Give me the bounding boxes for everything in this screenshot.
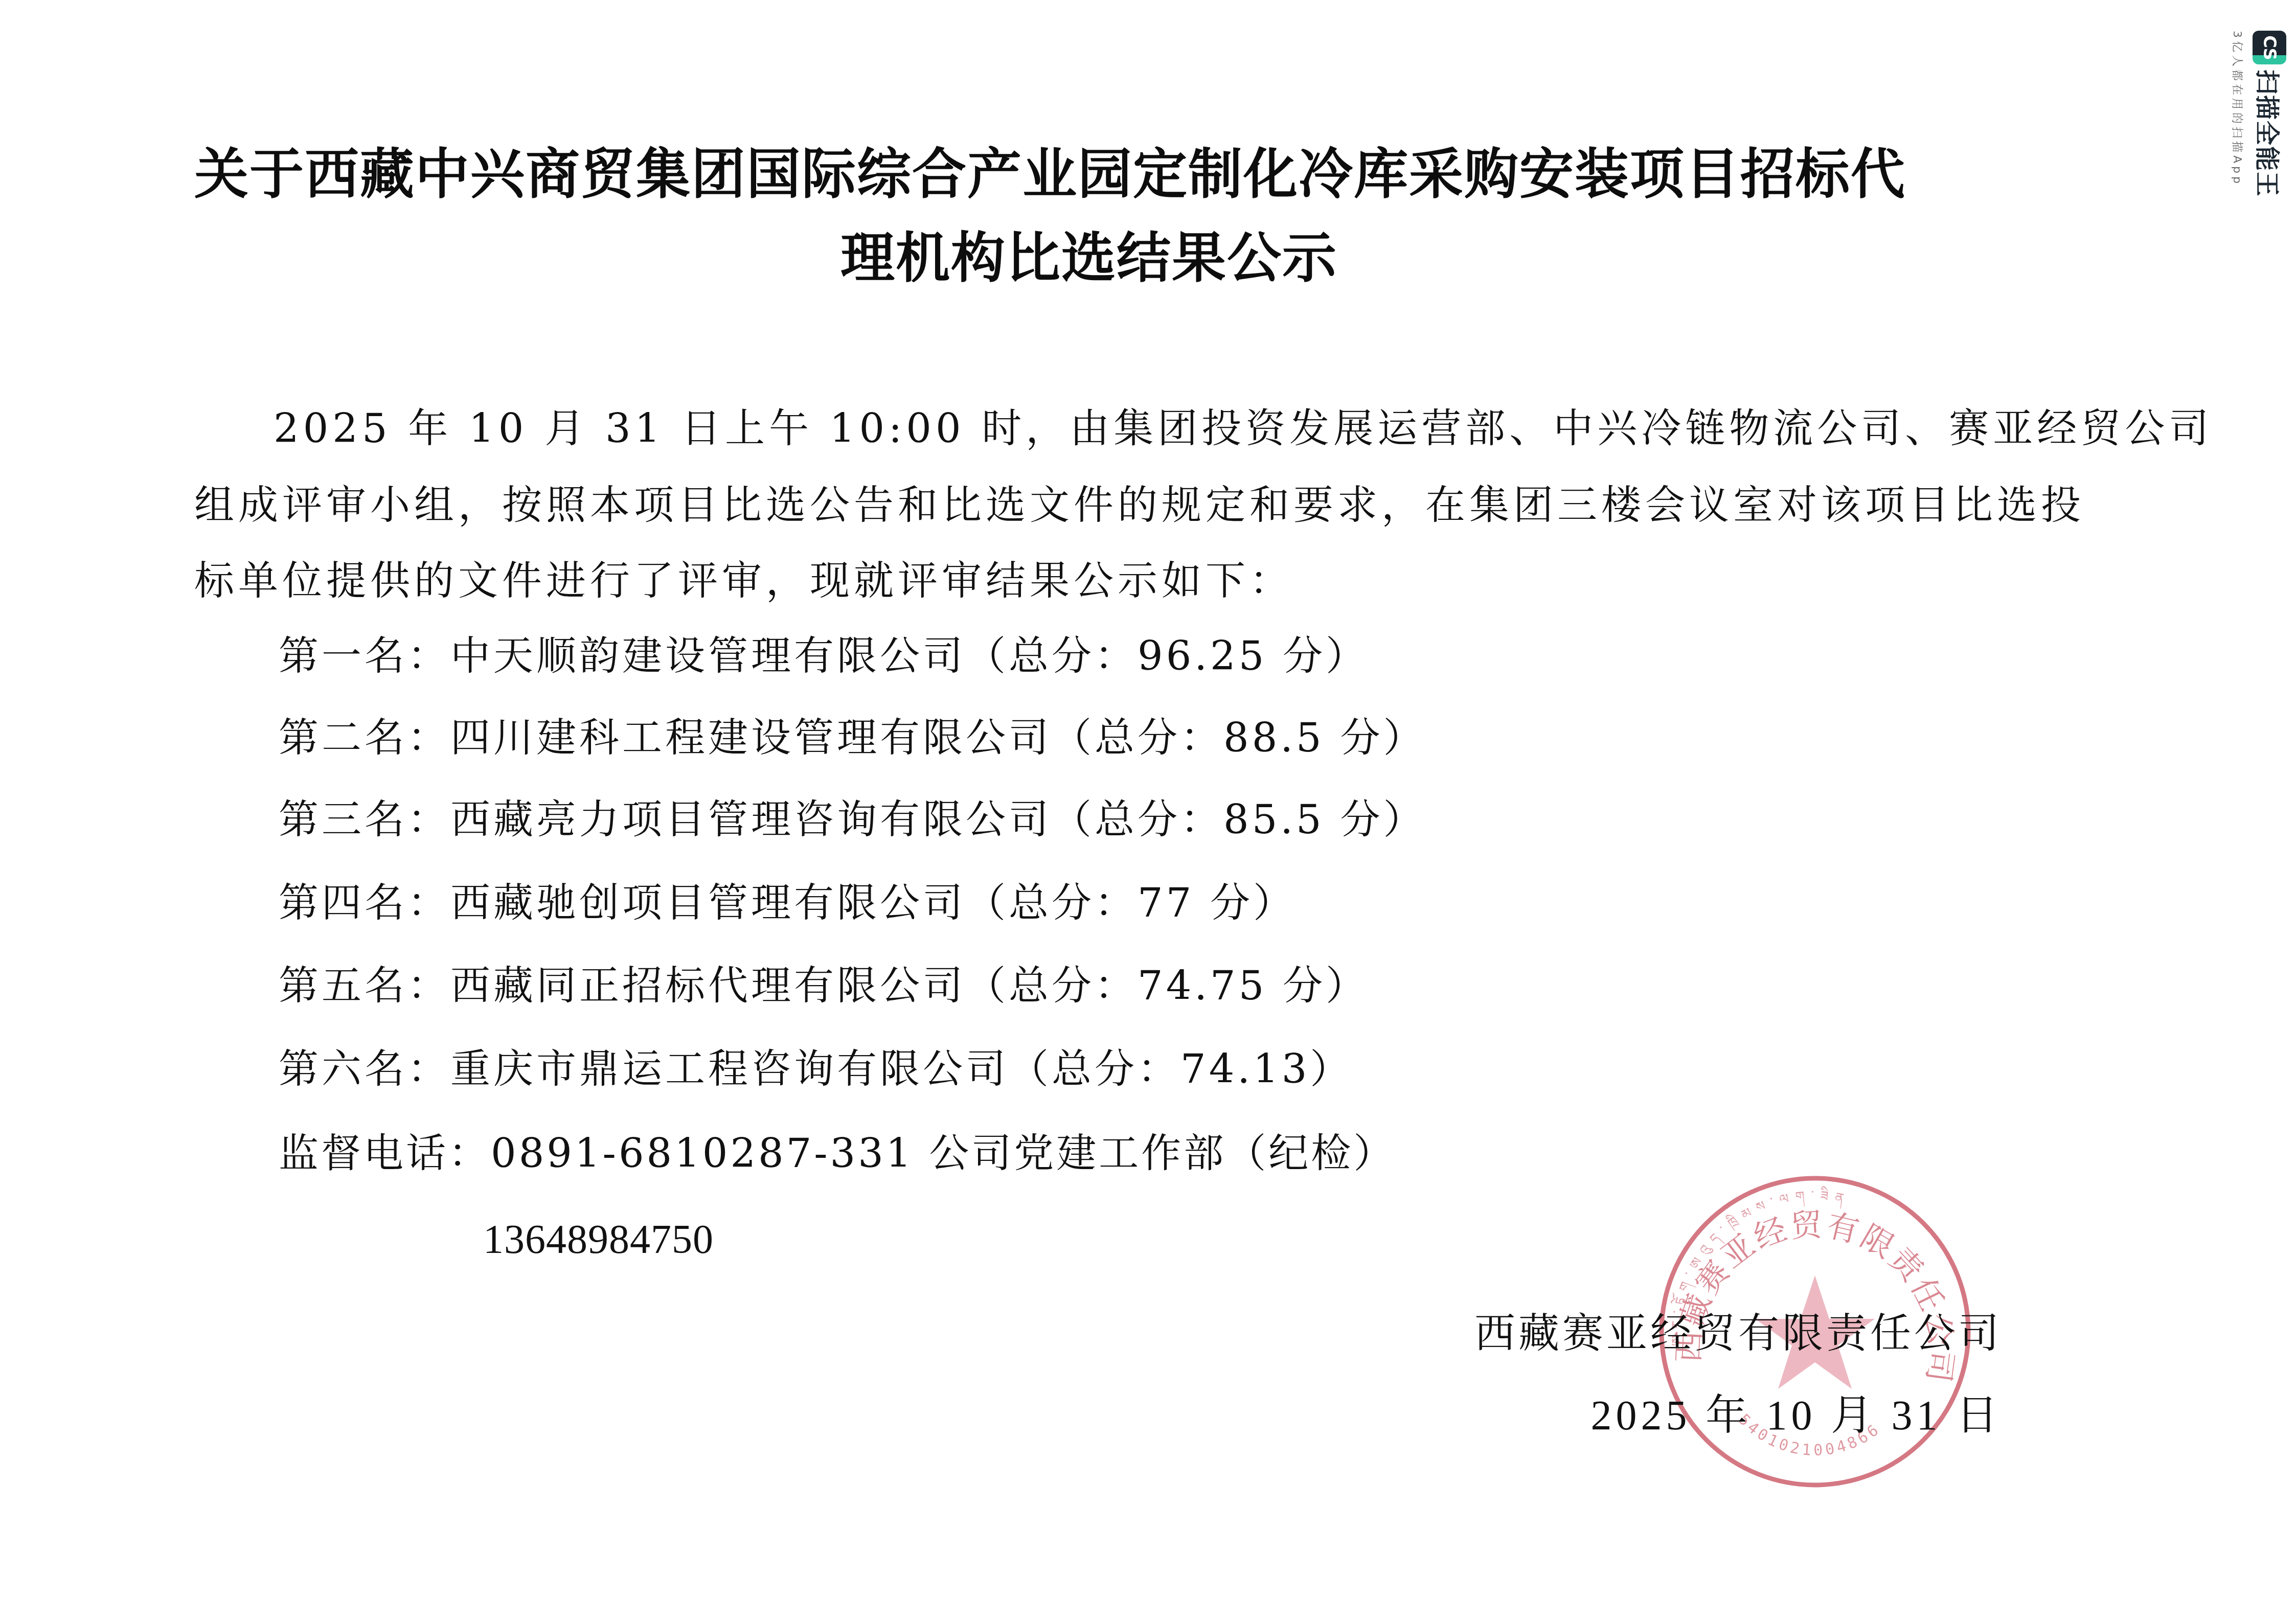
rank-label: 第五名： [279,963,450,1009]
rank-company: 西藏同正招标代理有限公司 [450,963,966,1009]
rank-company: 中天顺韵建设管理有限公司 [450,633,966,679]
ranking-item: 第六名：重庆市鼎运工程咨询有限公司（总分：74.13） [279,1049,1353,1089]
rank-company: 重庆市鼎运工程咨询有限公司 [450,1046,1009,1092]
rank-label: 第六名： [279,1046,450,1092]
rank-score: （总分：74.13） [1009,1046,1353,1092]
ranking-item: 第四名：西藏驰创项目管理有限公司（总分：77 分） [279,883,1296,923]
rank-company: 西藏亮力项目管理咨询有限公司 [450,797,1052,843]
rank-label: 第四名： [279,880,450,926]
rank-label: 第二名： [279,715,450,761]
signature-date: 2025 年 10 月 31 日 [1591,1395,2003,1436]
supervision-department: 公司党建工作部（纪检） [914,1131,1396,1177]
rank-score: （总分：96.25 分） [966,633,1369,679]
rank-score: （总分：77 分） [966,880,1296,926]
supervision-contact: 监督电话：0891-6810287-331 公司党建工作部（纪检） [279,1134,1396,1174]
paragraph-line-1: 2025 年 10 月 31 日上午 10:00 时，由集团投资发展运营部、中兴… [274,409,2213,449]
paragraph-line-3: 标单位提供的文件进行了评审，现就评审结果公示如下： [194,561,1293,601]
watermark-brand: 扫描全能王 [2252,70,2287,197]
document-title-line2: 理机构比选结果公示 [0,231,2178,285]
document-title-line1: 关于西藏中兴商贸集团国际综合产业园定制化冷库采购安装项目招标代 [194,147,1999,201]
ranking-item: 第一名：中天顺韵建设管理有限公司（总分：96.25 分） [279,636,1369,676]
supervision-mobile: 13648984750 [483,1219,714,1260]
supervision-phone: 0891-6810287-331 [491,1131,914,1177]
camscanner-logo-icon: CS [2253,31,2286,64]
rank-score: （总分：74.75 分） [966,963,1369,1009]
paragraph-line-2: 组成评审小组，按照本项目比选公告和比选文件的规定和要求，在集团三楼会议室对该项目… [194,486,2085,526]
document-page: 关于西藏中兴商贸集团国际综合产业园定制化冷库采购安装项目招标代 理机构比选结果公… [0,0,2296,1622]
rank-company: 西藏驰创项目管理有限公司 [450,880,966,926]
camscanner-watermark: CS 扫描全能王 3亿人都在用的扫描App [2211,31,2288,230]
watermark-slogan: 3亿人都在用的扫描App [2230,31,2246,230]
rank-company: 四川建科工程建设管理有限公司 [450,715,1052,761]
rank-score: （总分：85.5 分） [1052,797,1426,843]
ranking-item: 第五名：西藏同正招标代理有限公司（总分：74.75 分） [279,966,1369,1006]
rank-label: 第一名： [279,633,450,679]
rank-label: 第三名： [279,797,450,843]
ranking-item: 第三名：西藏亮力项目管理咨询有限公司（总分：85.5 分） [279,800,1426,840]
supervision-label: 监督电话： [279,1131,491,1177]
signature-company: 西藏赛亚经贸有限责任公司 [1474,1313,2002,1354]
ranking-item: 第二名：四川建科工程建设管理有限公司（总分：88.5 分） [279,718,1426,758]
rank-score: （总分：88.5 分） [1052,715,1426,761]
